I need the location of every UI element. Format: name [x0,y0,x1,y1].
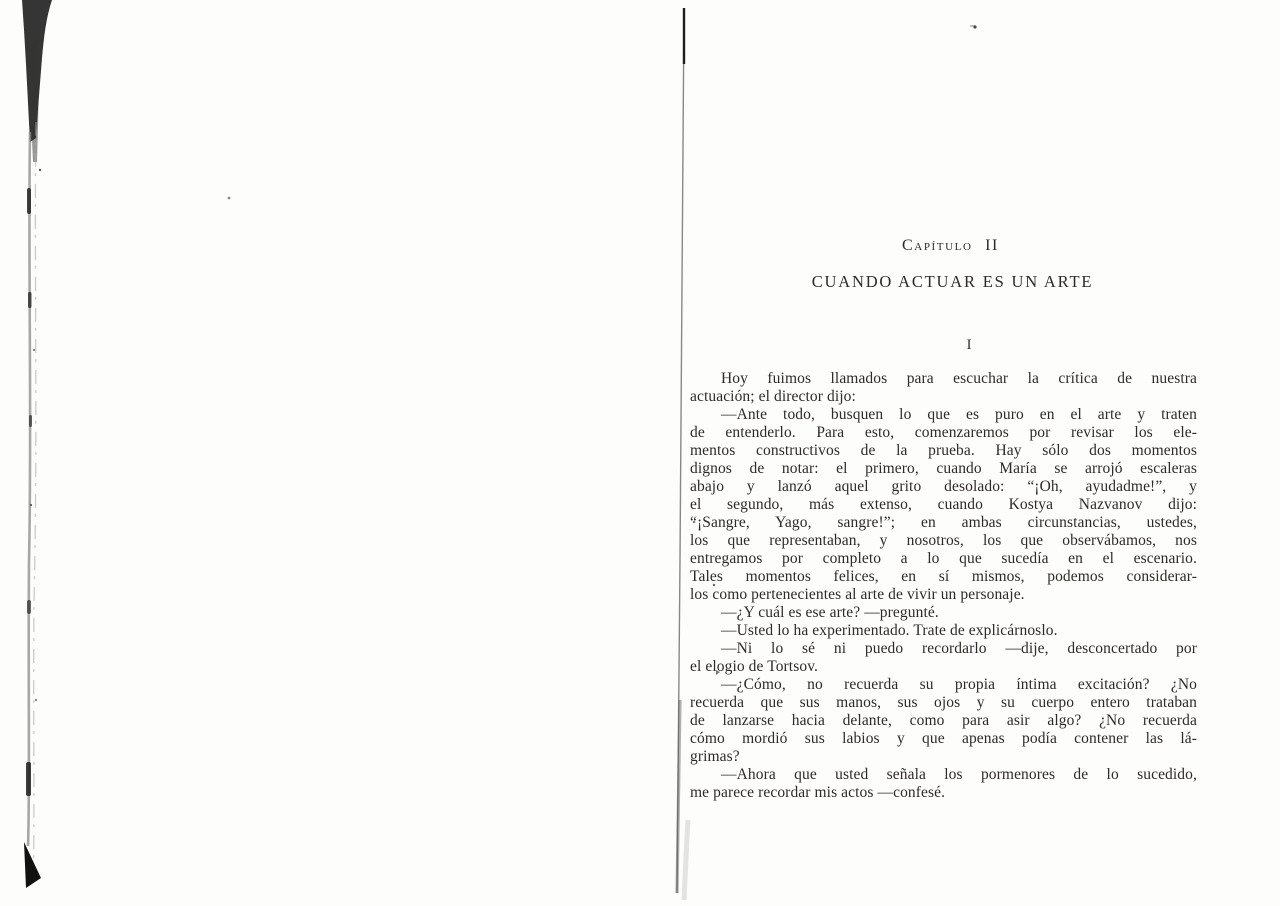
paragraph: —¿Y cuál es ese arte? —pregunté. [690,604,1197,622]
text-line: cómo mordió sus labios y que apenas podí… [690,730,1197,748]
paragraph: —Ahora que usted señala los pormenores d… [690,766,1197,802]
text-line: de entenderlo. Para esto, comenzaremos p… [690,424,1197,442]
text-line: Tales momentos felices, en sí mismos, po… [690,568,1197,586]
chapter-heading: Capítulo II [690,236,1197,255]
paragraph: —Usted lo ha experimentado. Trate de exp… [690,622,1197,640]
section-number: I [690,337,1197,353]
text-line: los que representaban, y nosotros, los q… [690,532,1197,550]
text-line: —¿Y cuál es ese arte? —pregunté. [690,604,1197,622]
text-line: entregamos por completo a lo que sucedía… [690,550,1197,568]
text-line: Hoy fuimos llamados para escuchar la crí… [690,370,1197,388]
text-line: —Ahora que usted señala los pormenores d… [690,766,1197,784]
paragraph: —¿Cómo, no recuerda su propia íntima exc… [690,676,1197,766]
text-line: el elogio de Tortsov. [690,658,1197,676]
body-text: Hoy fuimos llamados para escuchar la crí… [690,370,1197,802]
text-line: actuación; el director dijo: [690,388,1197,406]
text-line: de lanzarse hacia delante, como para asi… [690,712,1197,730]
text-line: el segundo, más extenso, cuando Kostya N… [690,496,1197,514]
text-line: me parece recordar mis actos —confesé. [690,784,1197,802]
text-line: —Ni lo sé ni puedo recordarlo —dije, des… [690,640,1197,658]
paragraph: —Ni lo sé ni puedo recordarlo —dije, des… [690,640,1197,676]
text-line: mentos constructivos de la prueba. Hay s… [690,442,1197,460]
text-line: los como pertenecientes al arte de vivir… [690,586,1197,604]
paragraph: Hoy fuimos llamados para escuchar la crí… [690,370,1197,406]
left-page-blank [0,0,683,906]
text-line: —Usted lo ha experimentado. Trate de exp… [690,622,1197,640]
text-line: dignos de notar: el primero, cuando Marí… [690,460,1197,478]
text-line: —¿Cómo, no recuerda su propia íntima exc… [690,676,1197,694]
text-line: recuerda que sus manos, sus ojos y su cu… [690,694,1197,712]
text-line: grimas? [690,748,1197,766]
page-text-column: Capítulo II CUANDO ACTUAR ES UN ARTE I H… [690,231,1197,802]
text-line: —Ante todo, busquen lo que es puro en el… [690,406,1197,424]
chapter-title: CUANDO ACTUAR ES UN ARTE [690,272,1197,291]
text-line: abajo y lanzó aquel grito desolado: “¡Oh… [690,478,1197,496]
text-line: “¡Sangre, Yago, sangre!”; en ambas circu… [690,514,1197,532]
paragraph: —Ante todo, busquen lo que es puro en el… [690,406,1197,604]
scanned-book-spread: Capítulo II CUANDO ACTUAR ES UN ARTE I H… [0,0,1280,906]
